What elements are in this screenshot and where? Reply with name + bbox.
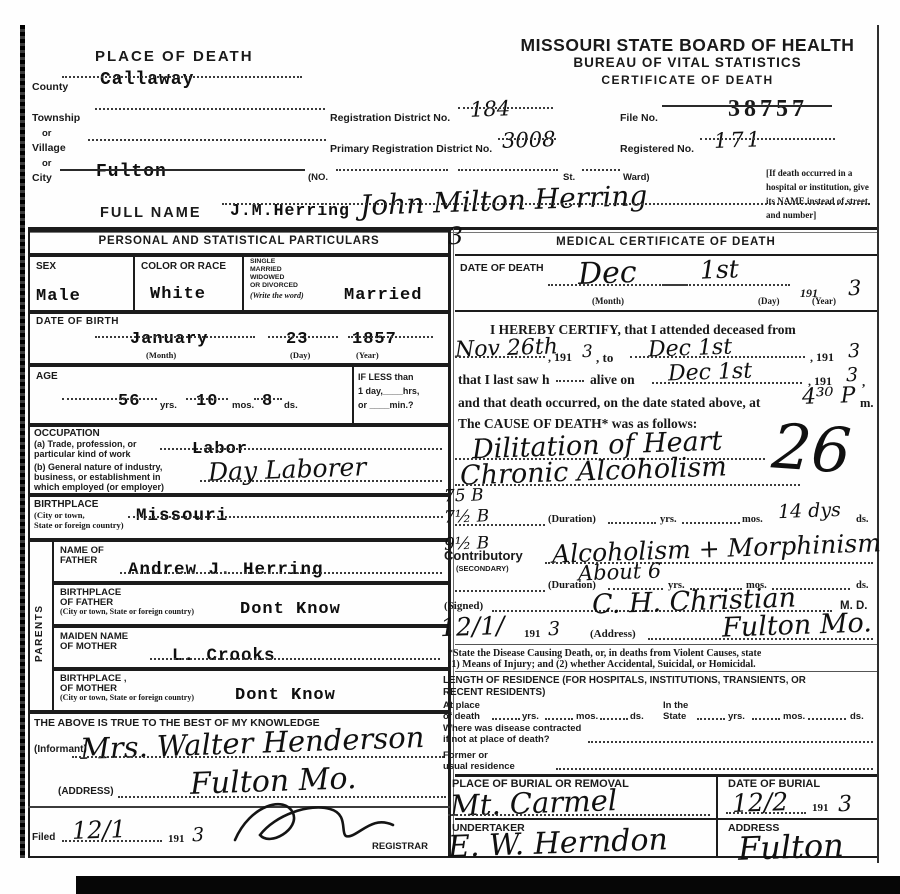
- township-line: [95, 108, 325, 110]
- secondary-cap: (SECONDARY): [456, 564, 509, 573]
- right-edge-line: [877, 25, 879, 863]
- dob-year: 1857: [352, 330, 397, 349]
- file-no-label: File No.: [620, 112, 658, 124]
- color-label: COLOR OR RACE: [141, 261, 226, 272]
- registered-no-value: 171: [714, 127, 764, 153]
- occ-a-line: [160, 448, 442, 450]
- age-ds: 8: [262, 392, 273, 411]
- at-place-1: At place: [443, 700, 480, 711]
- last-seen-comma: ,: [862, 374, 865, 390]
- death-time: 4³⁰ P: [802, 383, 856, 410]
- attended-from-date: Nov 26th: [455, 334, 559, 363]
- signed-year-digit: 3: [548, 618, 561, 640]
- color-value: White: [150, 285, 206, 304]
- cause-code: 26: [770, 409, 854, 487]
- mother-line: [150, 658, 440, 660]
- duration-2-rule: [455, 590, 545, 592]
- ward-line: [582, 169, 620, 171]
- county-value: Callaway: [100, 70, 194, 90]
- city-label: City: [32, 172, 52, 184]
- father-value: Andrew J. Herring: [128, 560, 324, 580]
- filed-line: [62, 840, 162, 842]
- occ-b-2: business, or establishment in: [34, 472, 161, 482]
- age-yrs: 56: [118, 392, 140, 411]
- attended-from-line: [455, 356, 545, 358]
- registered-no-line: [700, 138, 835, 140]
- age-ds-cap: ds.: [284, 400, 298, 411]
- duration-2-ds: ds.: [856, 580, 869, 591]
- marital-label-2: MARRIED: [250, 266, 282, 273]
- dob-line-2: [268, 336, 338, 338]
- marital-label-3: WIDOWED: [250, 274, 284, 281]
- signed-cap: (Signed): [444, 600, 483, 612]
- duration-1-ds: ds.: [856, 514, 869, 525]
- registration-district-label: Registration District No.: [330, 112, 450, 124]
- dod-label: DATE OF DEATH: [460, 262, 544, 274]
- medical-title: MEDICAL CERTIFICATE OF DEATH: [455, 236, 877, 248]
- dob-month-cap: (Month): [146, 350, 176, 360]
- filed-label: Filed: [32, 832, 55, 843]
- st-line-2: [752, 718, 780, 720]
- burial-year-digit: 3: [838, 792, 853, 817]
- file-no-value: 38757: [728, 96, 808, 123]
- undertaker-value: E. W. Herndon: [447, 822, 668, 865]
- filed-year-digit: 3: [192, 824, 205, 846]
- father-bp-value: Dont Know: [240, 600, 341, 619]
- if-less-1: IF LESS than: [358, 372, 414, 382]
- contracted-1: Where was disease contracted: [443, 723, 581, 734]
- attended-to-date: Dec 1st: [648, 335, 733, 363]
- ap-line-2: [545, 718, 573, 720]
- occ-a-1: (a) Trade, profession, or: [34, 439, 137, 449]
- marital-label-1: SINGLE: [250, 258, 275, 265]
- burial-date-line: [726, 812, 806, 814]
- ap-line-1: [492, 718, 520, 720]
- registration-district-value: 184: [470, 96, 511, 121]
- cause-line-2-rule: [455, 484, 800, 486]
- st-mos: mos.: [783, 711, 805, 722]
- duration-1-rule: [455, 524, 545, 526]
- dob-line-3: [348, 336, 433, 338]
- certificate-title: CERTIFICATE OF DEATH: [495, 73, 880, 87]
- dob-line-1: [95, 336, 255, 338]
- if-less-3: or ____min.?: [358, 400, 414, 410]
- ap-yrs: yrs.: [522, 711, 539, 722]
- birthplace-line: [128, 516, 443, 518]
- death-certificate-scan: PLACE OF DEATH MISSOURI STATE BOARD OF H…: [0, 0, 900, 894]
- father-label-2: FATHER: [60, 555, 97, 566]
- certify-line-3a: that I last saw h: [458, 372, 550, 388]
- former-2: usual residence: [443, 761, 515, 772]
- dod-year-digit: 3: [848, 276, 862, 300]
- if-less-2: 1 day,____hrs,: [358, 386, 419, 396]
- dod-day: 1st: [700, 254, 740, 284]
- marital-label-4: OR DIVORCED: [250, 282, 298, 289]
- attended-from-digit: 3: [582, 342, 594, 362]
- street-line: [458, 169, 558, 171]
- last-saw-blank: [556, 380, 584, 382]
- informant-address-label: (ADDRESS): [58, 786, 114, 797]
- dob-label: DATE OF BIRTH: [36, 316, 119, 327]
- former-1: Former or: [443, 750, 488, 761]
- attended-from-191: , 191: [548, 350, 572, 365]
- birthplace-sub-2: State or foreign country): [34, 520, 124, 530]
- signed-date: 12/1/: [440, 611, 506, 642]
- full-name-label: FULL NAME: [100, 205, 202, 221]
- county-line: [62, 76, 302, 78]
- dod-day-cap: (Day): [758, 296, 780, 306]
- signed-year-pre: 191: [524, 628, 541, 640]
- contributory-label: Contributory: [444, 548, 523, 563]
- occ-b-line: [200, 480, 442, 482]
- occ-a-2: particular kind of work: [34, 449, 131, 459]
- residence-title-2: RECENT RESIDENTS): [443, 687, 545, 698]
- bureau-title: BUREAU OF VITAL STATISTICS: [495, 55, 880, 70]
- father-bp-sub: (City or town, State or foreign country): [60, 607, 194, 616]
- certify-line-3b: alive on: [590, 372, 635, 388]
- mother-value: L. Crooks: [172, 646, 276, 666]
- city-value: Fulton: [96, 162, 167, 182]
- dod-year-cap: (Year): [812, 296, 836, 306]
- primary-registration-line: [498, 138, 556, 140]
- mother-bp-value: Dont Know: [235, 686, 336, 705]
- full-name-line: [222, 203, 870, 205]
- dod-month: Dec: [577, 255, 637, 292]
- hospital-note: [If death occurred in a hospital or inst…: [766, 167, 876, 223]
- place-of-death-title: PLACE OF DEATH: [95, 48, 254, 65]
- burial-year-pre: 191: [812, 802, 829, 814]
- certify-line-4: and that death occurred, on the date sta…: [458, 395, 760, 411]
- age-mos: 10: [196, 392, 218, 411]
- age-line-2: [186, 398, 228, 400]
- ap-line-3: [600, 718, 628, 720]
- st-yrs: yrs.: [728, 711, 745, 722]
- residence-title-1: LENGTH OF RESIDENCE (FOR HOSPITALS, INST…: [443, 675, 806, 686]
- burial-place-value: Mt. Carmel: [449, 783, 617, 823]
- informant-line: [72, 756, 444, 758]
- age-line-3: [254, 398, 282, 400]
- burial-place-line: [448, 814, 710, 816]
- footnote-top-line: [455, 644, 877, 645]
- no-label: (NO.: [308, 172, 328, 183]
- contracted-line: [588, 741, 873, 743]
- birthplace-label: BIRTHPLACE: [34, 499, 98, 510]
- city-line: [60, 169, 305, 171]
- no-line: [336, 169, 448, 171]
- village-line: [88, 139, 326, 141]
- binding-bar: [20, 25, 25, 858]
- age-label: AGE: [36, 371, 58, 382]
- duration-1-cap: (Duration): [548, 514, 596, 525]
- dod-day-line: [662, 284, 790, 286]
- age-line-1: [62, 398, 157, 400]
- age-mos-cap: mos.: [232, 400, 254, 411]
- footnote-2: (1) Means of Injury; and (2) whether Acc…: [448, 659, 756, 670]
- address-cap: (Address): [590, 628, 636, 640]
- ap-mos: mos.: [576, 711, 598, 722]
- age-yrs-cap: yrs.: [160, 400, 177, 411]
- undertaker-addr-value: Fulton: [737, 826, 844, 868]
- former-line: [556, 768, 873, 770]
- primary-registration-label: Primary Registration District No.: [330, 143, 492, 155]
- sex-value: Male: [36, 287, 81, 306]
- bottom-black-bar: [76, 876, 900, 894]
- burial-v-divider: [716, 774, 718, 858]
- file-no-line: [662, 105, 832, 107]
- registered-no-label: Registered No.: [620, 143, 694, 155]
- occupation-label: OCCUPATION: [34, 428, 100, 439]
- dod-month-cap: (Month): [592, 296, 624, 306]
- registrar-label: REGISTRAR: [372, 841, 428, 852]
- burial-top-line: [455, 774, 877, 777]
- duration-1-mos: mos.: [742, 514, 763, 525]
- footnote-1: *State the Disease Causing Death, or, in…: [448, 648, 761, 659]
- birthplace-sub-1: (City or town,: [34, 510, 85, 520]
- mother-bp-sub: (City or town, State or foreign country): [60, 693, 194, 702]
- personal-title: PERSONAL AND STATISTICAL PARTICULARS: [28, 235, 450, 247]
- duration-1-line-a: [608, 522, 656, 524]
- duration-1-yrs: yrs.: [660, 514, 677, 525]
- parents-label: PARENTS: [34, 604, 45, 662]
- filed-year-pre: 191: [168, 833, 185, 845]
- registration-district-line: [458, 107, 553, 109]
- st-line-3: [808, 718, 846, 720]
- death-time-m: m.: [860, 396, 874, 411]
- occ-b-1: (b) General nature of industry,: [34, 462, 162, 472]
- attended-to-word: , to: [596, 350, 613, 366]
- board-title: MISSOURI STATE BOARD OF HEALTH: [495, 35, 880, 56]
- in-the-2: State: [663, 711, 686, 722]
- residence-top-line: [455, 671, 877, 672]
- county-label: County: [32, 81, 68, 93]
- marital-label-5: (Write the word): [250, 291, 304, 300]
- mother-label-2: OF MOTHER: [60, 641, 117, 652]
- or-1: or: [42, 128, 52, 139]
- ap-ds: ds.: [630, 711, 644, 722]
- contracted-2: if not at place of death?: [443, 734, 550, 745]
- marital-value: Married: [344, 286, 422, 305]
- dob-day: 23: [286, 330, 308, 349]
- occ-b-3: which employed (or employer): [34, 482, 164, 492]
- duration-1-value: 14 dys: [778, 499, 842, 523]
- attended-to-line: [630, 356, 805, 358]
- dob-year-cap: (Year): [356, 350, 379, 360]
- st-ds: ds.: [850, 711, 864, 722]
- dod-bottom-line: [455, 310, 877, 312]
- st-line-1: [697, 718, 725, 720]
- medical-title-line: [455, 254, 877, 256]
- margin-code-1: 75 B: [444, 485, 484, 506]
- duration-2-cap: (Duration): [548, 580, 596, 591]
- full-name-written: John Milton Herring: [360, 179, 648, 222]
- in-the-1: In the: [663, 700, 688, 711]
- dob-day-cap: (Day): [290, 350, 310, 360]
- township-label: Township: [32, 112, 80, 124]
- attended-to-191: , 191: [810, 350, 834, 365]
- at-place-2: of death: [443, 711, 480, 722]
- primary-registration-value: 3008: [502, 127, 556, 153]
- village-label: Village: [32, 142, 66, 154]
- informant-label: (Informant): [34, 744, 87, 755]
- sex-label: SEX: [36, 261, 56, 272]
- last-seen-line: [652, 382, 802, 384]
- duration-1-line-b: [682, 522, 740, 524]
- dob-month: January: [130, 330, 208, 349]
- or-2: or: [42, 158, 52, 169]
- attended-to-digit: 3: [848, 340, 861, 362]
- signed-address: Fulton Mo.: [722, 607, 873, 643]
- father-line: [120, 572, 442, 574]
